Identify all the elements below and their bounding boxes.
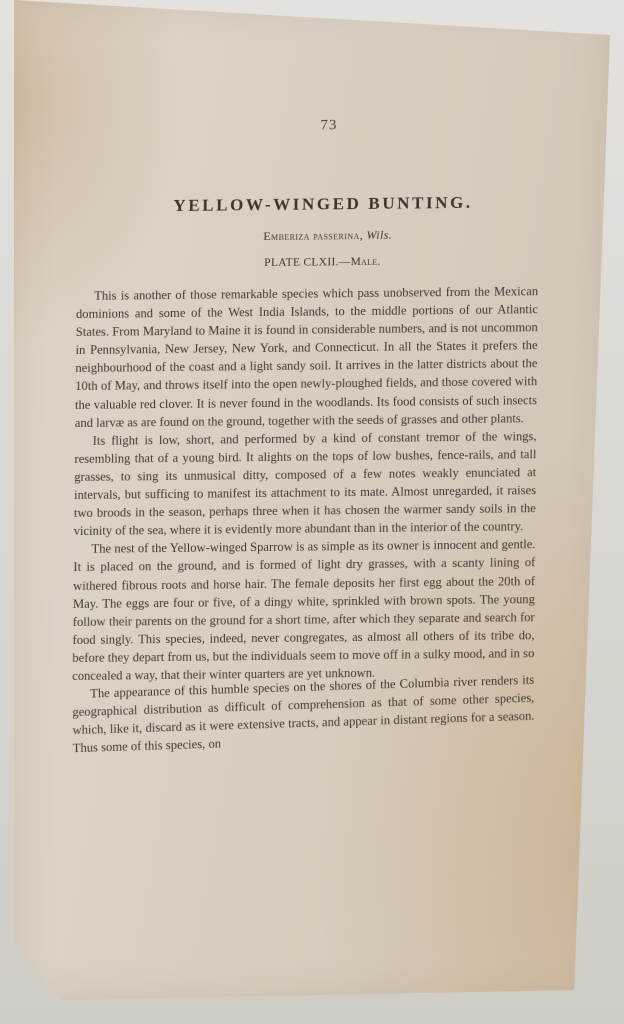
paragraph: This is another of those remarkable spec… — [75, 282, 538, 432]
page-content: 73 YELLOW-WINGED BUNTING. Emberiza passe… — [71, 115, 540, 757]
latin-author: Wils. — [366, 228, 392, 242]
article-title: YELLOW-WINGED BUNTING. — [107, 192, 539, 217]
paragraph: Its flight is low, short, and performed … — [74, 427, 537, 540]
scientific-name: Emberiza passerina, Wils. — [117, 226, 539, 245]
plate-caption: PLATE CLXII.—Male. — [106, 254, 538, 271]
paragraph: The appearance of this humble species on… — [72, 671, 535, 758]
page-number: 73 — [118, 115, 540, 136]
body-text: This is another of those remarkable spec… — [71, 282, 538, 757]
paragraph: The nest of the Yellow-winged Sparrow is… — [72, 536, 535, 686]
latin-name: Emberiza passerina, — [263, 228, 363, 243]
